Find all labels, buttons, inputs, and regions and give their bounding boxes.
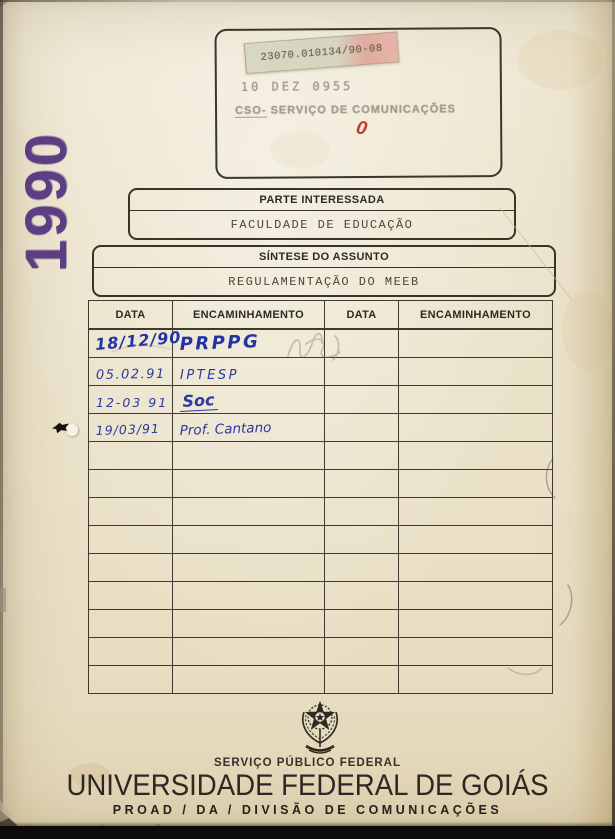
scan-bottom-band (0, 826, 615, 839)
destination-cell (399, 638, 553, 666)
destination-cell (399, 470, 553, 498)
sintese-assunto-value: REGULAMENTAÇÃO DO MEEB (94, 268, 554, 289)
destination-cell (173, 442, 325, 470)
destination-cell (173, 582, 325, 610)
date-cell (325, 442, 399, 470)
parte-interessada-header: PARTE INTERESSADA (130, 190, 514, 211)
column-header-destination-1: ENCAMINHAMENTO (173, 301, 325, 330)
date-cell (89, 442, 173, 470)
table-row (89, 470, 553, 498)
column-header-date-1: DATA (89, 301, 173, 330)
scan-edge-left (0, 0, 3, 839)
handwritten-destination: IPTESP (180, 369, 239, 382)
date-cell (325, 329, 399, 358)
destination-cell (399, 414, 553, 442)
date-cell (89, 526, 173, 554)
table-row (89, 582, 553, 610)
date-cell (325, 358, 399, 386)
sintese-assunto-header: SÍNTESE DO ASSUNTO (94, 247, 554, 268)
date-cell (89, 666, 173, 694)
table-row (89, 498, 553, 526)
destination-cell: IPTESP (173, 358, 325, 386)
destination-cell (173, 638, 325, 666)
office-stamp-prefix: CSO- (235, 105, 267, 118)
table-row (89, 666, 553, 694)
table-row: 18/12/90 PRPPG (89, 329, 553, 358)
process-number: 23070.010134/90-08 (260, 42, 383, 63)
office-stamp: CSO-SERVIÇO DE COMUNICAÇÕES (235, 103, 456, 117)
date-cell (89, 554, 173, 582)
date-cell: 18/12/90 (89, 329, 173, 358)
handwritten-date: 18/12/90 (95, 330, 183, 353)
date-cell (325, 498, 399, 526)
date-stamp: 10 DEZ 0955 (241, 79, 354, 94)
handwritten-destination: Prof. Cantano (180, 422, 272, 439)
destination-cell (399, 442, 553, 470)
handwritten-destination: Soc (179, 392, 218, 412)
destination-cell (173, 610, 325, 638)
table-row (89, 638, 553, 666)
date-cell (325, 554, 399, 582)
year-stamp: 1990 (16, 94, 78, 272)
destination-cell (399, 526, 553, 554)
year-stamp-text: 1990 (16, 94, 78, 272)
parte-interessada-box: PARTE INTERESSADA FACULDADE DE EDUCAÇÃO (128, 188, 516, 240)
servico-publico-federal-label: SERVIÇO PÚBLICO FEDERAL (0, 757, 615, 769)
table-row (89, 610, 553, 638)
parte-interessada-value: FACULDADE DE EDUCAÇÃO (130, 211, 514, 232)
office-stamp-name: SERVIÇO DE COMUNICAÇÕES (271, 103, 456, 116)
destination-cell (173, 470, 325, 498)
date-cell (89, 582, 173, 610)
division-label: PROAD / DA / DIVISÃO DE COMUNICAÇÕES (0, 803, 615, 817)
destination-cell (399, 582, 553, 610)
handwritten-date: 19/03/91 (96, 423, 161, 438)
destination-cell (173, 498, 325, 526)
destination-cell (399, 554, 553, 582)
process-number-sticker: 23070.010134/90-08 (244, 31, 400, 74)
coat-of-arms-icon (296, 698, 344, 758)
date-cell (325, 582, 399, 610)
destination-cell (399, 666, 553, 694)
handwritten-destination: PRPPG (179, 333, 260, 354)
scan-edge-top (0, 0, 615, 2)
routing-table: DATA ENCAMINHAMENTO DATA ENCAMINHAMENTO … (88, 300, 553, 694)
destination-cell: PRPPG (173, 329, 325, 358)
scanned-document-page: 1990 23070.010134/90-08 10 DEZ 0955 CSO-… (0, 0, 615, 839)
sintese-assunto-box: SÍNTESE DO ASSUNTO REGULAMENTAÇÃO DO MEE… (92, 245, 556, 297)
destination-cell (399, 610, 553, 638)
table-row: 19/03/91 Prof. Cantano (89, 414, 553, 442)
column-header-destination-2: ENCAMINHAMENTO (399, 301, 553, 330)
destination-cell: Prof. Cantano (173, 414, 325, 442)
date-cell (89, 610, 173, 638)
handwritten-date: 12-03 91 (96, 397, 168, 410)
destination-cell (173, 554, 325, 582)
date-cell: 19/03/91 (89, 414, 173, 442)
date-cell (89, 498, 173, 526)
ink-blot-halo (66, 424, 78, 436)
date-cell: 05.02.91 (89, 358, 173, 386)
date-cell (325, 414, 399, 442)
destination-cell (399, 329, 553, 358)
table-row: 12-03 91 Soc (89, 386, 553, 414)
university-title: UNIVERSIDADE FEDERAL DE GOIÁS (25, 769, 591, 803)
date-cell (325, 526, 399, 554)
reception-stamp-box: 23070.010134/90-08 10 DEZ 0955 CSO-SERVI… (214, 27, 502, 179)
table-row: 05.02.91 IPTESP (89, 358, 553, 386)
destination-cell: Soc (173, 386, 325, 414)
destination-cell (173, 666, 325, 694)
date-cell (89, 638, 173, 666)
column-header-date-2: DATA (325, 301, 399, 330)
red-annotation: 0 (354, 117, 369, 141)
handwritten-date: 05.02.91 (96, 368, 166, 382)
date-cell (325, 610, 399, 638)
table-row (89, 442, 553, 470)
destination-cell (173, 526, 325, 554)
destination-cell (399, 358, 553, 386)
table-row (89, 554, 553, 582)
date-cell: 12-03 91 (89, 386, 173, 414)
date-cell (325, 666, 399, 694)
header-row: DATA ENCAMINHAMENTO DATA ENCAMINHAMENTO (89, 301, 553, 330)
date-cell (325, 470, 399, 498)
date-cell (325, 638, 399, 666)
destination-cell (399, 386, 553, 414)
table-row (89, 526, 553, 554)
date-cell (325, 386, 399, 414)
destination-cell (399, 498, 553, 526)
date-cell (89, 470, 173, 498)
